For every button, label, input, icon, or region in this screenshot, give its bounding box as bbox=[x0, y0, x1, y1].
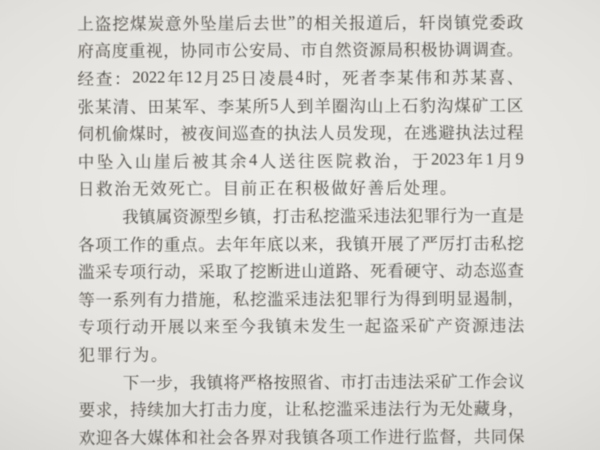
text-line: 张某清、田某军、李某所5人到羊圈沟山上石豹沟煤矿工区 bbox=[78, 90, 524, 119]
text-line: 专项行动开展以来至今我镇未发生一起盗采矿产资源违法 bbox=[78, 311, 524, 340]
text-line: 上盗挖煤炭意外坠崖后去世”的相关报道后，轩岗镇党委政 bbox=[77, 7, 523, 36]
document-body: 上盗挖煤炭意外坠崖后去世”的相关报道后，轩岗镇党委政府高度重视，协同市公安局、市… bbox=[77, 7, 525, 450]
text-line: 伺机偷煤时，被夜间巡查的执法人员发现，在逃避执法过程 bbox=[78, 118, 524, 147]
text-line: 犯罪行为。 bbox=[78, 338, 524, 367]
text-line: 下一步，我镇将严格按照省、市打击违法采矿工作会议 bbox=[78, 366, 524, 395]
text-line: 我镇属资源型乡镇，打击私挖滥采违法犯罪行为一直是 bbox=[78, 200, 524, 229]
paragraph-indent bbox=[79, 381, 123, 382]
text-line: 中坠入山崖后被其余4人送往医院救治，于2023年1月9 bbox=[78, 145, 524, 174]
text-line: 滥采专项行动，采取了挖断进山道路、死看硬守、动态巡查 bbox=[78, 256, 524, 285]
text-line: 等一系列有力措施，私挖滥采违法犯罪行为得到明显遏制， bbox=[78, 283, 524, 312]
text-line: 日救治无效死亡。目前正在积极做好善后处理。 bbox=[78, 173, 524, 202]
text-line: 府高度重视，协同市公安局、市自然资源局积极协调调查。 bbox=[77, 35, 523, 64]
text-line: 经查：2022年12月25日凌晨4时，死者李某伟和苏某喜、 bbox=[77, 62, 523, 91]
paragraph-indent bbox=[78, 215, 122, 216]
document-photo: 上盗挖煤炭意外坠崖后去世”的相关报道后，轩岗镇党委政府高度重视，协同市公安局、市… bbox=[0, 0, 600, 450]
text-line: 要求，持续加大打击力度，让私挖滥采违法行为无处藏身， bbox=[79, 394, 525, 423]
text-line: 欢迎各大媒体和社会各界对我镇各项工作进行监督，共同保 bbox=[79, 421, 525, 450]
text-line: 各项工作的重点。去年年底以来，我镇开展了严厉打击私挖 bbox=[78, 228, 524, 257]
